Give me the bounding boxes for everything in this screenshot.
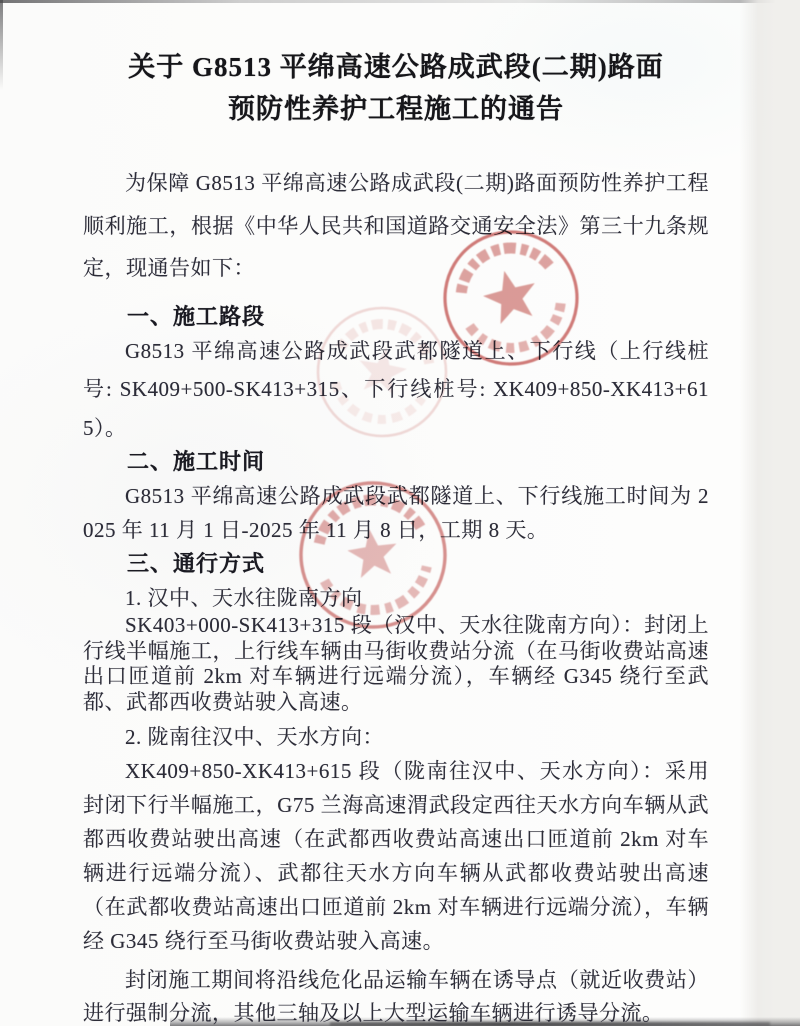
notice-title-line2: 预防性养护工程施工的通告 — [83, 88, 709, 130]
notice-title-line1: 关于 G8513 平绵高速公路成武段(二期)路面 — [83, 46, 709, 88]
section3-sub2-body: XK409+850-XK413+615 段（陇南往汉中、天水方向）：采用封闭下行… — [83, 754, 709, 958]
scanned-notice-page: 关于 G8513 平绵高速公路成武段(二期)路面 预防性养护工程施工的通告 为保… — [0, 0, 800, 1026]
section3-heading: 三、通行方式 — [83, 551, 709, 577]
section1-body: G8513 平绵高速公路成武段武都隧道上、下行线（上行线桩号: SK409+50… — [83, 332, 709, 448]
scan-right-margin — [740, 0, 800, 1026]
section1-heading: 一、施工路段 — [83, 304, 709, 330]
notice-document: 关于 G8513 平绵高速公路成武段(二期)路面 预防性养护工程施工的通告 为保… — [83, 0, 709, 1026]
scan-left-edge — [0, 0, 3, 90]
closing-paragraph: 封闭施工期间将沿线危化品运输车辆在诱导点（就近收费站）进行强制分流，其他三轴及以… — [83, 964, 709, 1026]
section3-sub1-title: 1. 汉中、天水往陇南方向 — [83, 585, 709, 611]
section2-heading: 二、施工时间 — [83, 449, 709, 475]
section2-body: G8513 平绵高速公路成武段武都隧道上、下行线施工时间为 2025 年 11 … — [83, 479, 709, 547]
section3-sub1-body: SK403+000-SK413+315 段（汉中、天水往陇南方向）：封闭上行线半… — [83, 613, 709, 715]
section3-sub2-title: 2. 陇南往汉中、天水方向： — [83, 724, 709, 750]
notice-title: 关于 G8513 平绵高速公路成武段(二期)路面 预防性养护工程施工的通告 — [83, 46, 709, 130]
intro-paragraph: 为保障 G8513 平绵高速公路成武段(二期)路面预防性养护工程顺利施工，根据《… — [83, 162, 709, 290]
